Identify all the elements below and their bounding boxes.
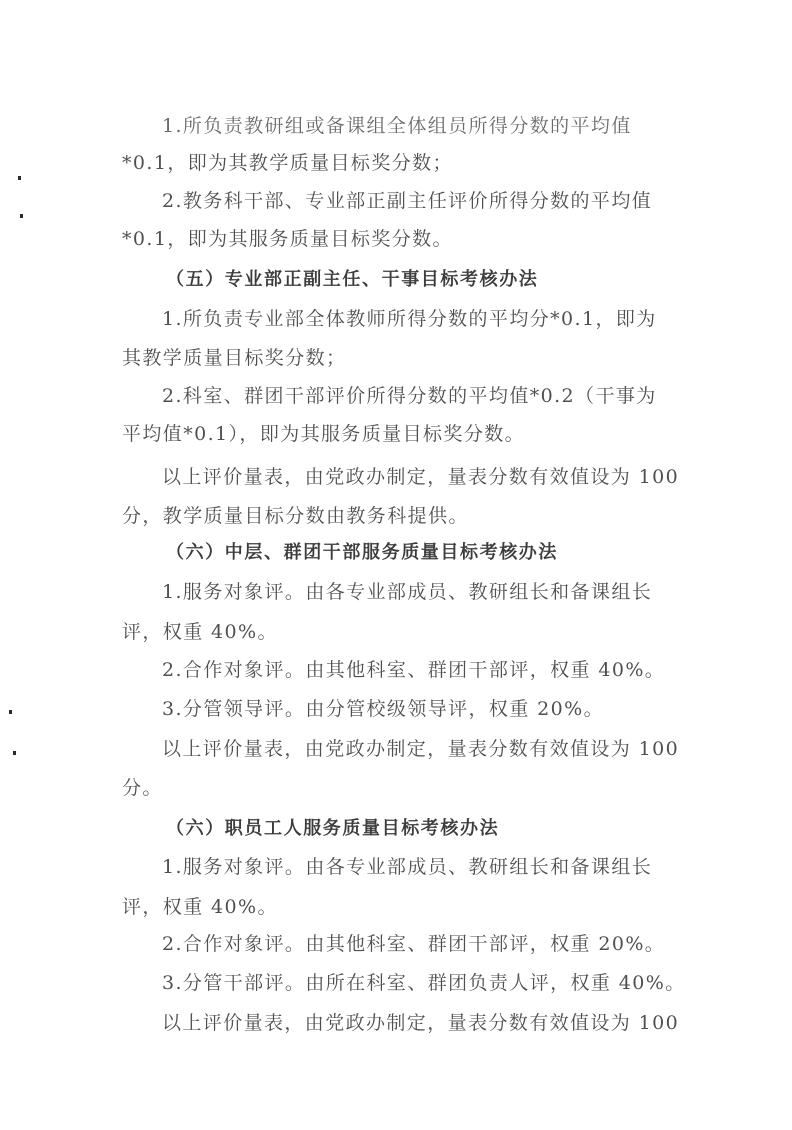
- paragraph-line: 2.科室、群团干部评价所得分数的平均值*0.2（干事为: [162, 383, 678, 409]
- paragraph-line: 其教学质量目标奖分数；: [122, 345, 678, 371]
- paragraph-line: 3.分管干部评。由所在科室、群团负责人评，权重 40%。: [162, 970, 678, 996]
- margin-mark: [18, 176, 21, 180]
- paragraph-line: 评，权重 40%。: [122, 894, 678, 920]
- paragraph-line: 分。: [122, 775, 678, 801]
- paragraph-line: 1.服务对象评。由各专业部成员、教研组长和备课组长: [162, 579, 678, 605]
- paragraph-line: 2.教务科干部、专业部正副主任评价所得分数的平均值: [162, 188, 678, 214]
- paragraph-line: 1.所负责专业部全体教师所得分数的平均分*0.1，即为: [162, 306, 678, 332]
- paragraph-line: 以上评价量表，由党政办制定，量表分数有效值设为 100: [162, 464, 678, 490]
- paragraph-line: 1.服务对象评。由各专业部成员、教研组长和备课组长: [162, 854, 678, 880]
- section-heading: （六）中层、群团干部服务质量目标考核办法: [166, 540, 722, 566]
- paragraph-line: 分，教学质量目标分数由教务科提供。: [122, 503, 678, 529]
- paragraph-line: 平均值*0.1），即为其服务质量目标奖分数。: [122, 421, 678, 447]
- paragraph-line: 1.所负责教研组或备课组全体组员所得分数的平均值: [162, 113, 678, 139]
- paragraph-line: 以上评价量表，由党政办制定，量表分数有效值设为 100: [162, 736, 678, 762]
- margin-mark: [9, 710, 12, 714]
- margin-mark: [13, 751, 16, 755]
- paragraph-line: 2.合作对象评。由其他科室、群团干部评，权重 40%。: [162, 657, 678, 683]
- paragraph-line: *0.1，即为其教学质量目标奖分数；: [122, 150, 678, 176]
- margin-mark: [20, 214, 23, 218]
- section-heading: （五）专业部正副主任、干事目标考核办法: [166, 267, 722, 293]
- paragraph-line: 以上评价量表，由党政办制定，量表分数有效值设为 100: [162, 1010, 678, 1036]
- paragraph-line: 2.合作对象评。由其他科室、群团干部评，权重 20%。: [162, 931, 678, 957]
- paragraph-line: *0.1，即为其服务质量目标奖分数。: [122, 226, 678, 252]
- document-page: 1.所负责教研组或备课组全体组员所得分数的平均值*0.1，即为其教学质量目标奖分…: [0, 0, 792, 1130]
- paragraph-line: 3.分管领导评。由分管校级领导评，权重 20%。: [162, 696, 678, 722]
- section-heading: （六）职员工人服务质量目标考核办法: [166, 816, 722, 842]
- paragraph-line: 评，权重 40%。: [122, 619, 678, 645]
